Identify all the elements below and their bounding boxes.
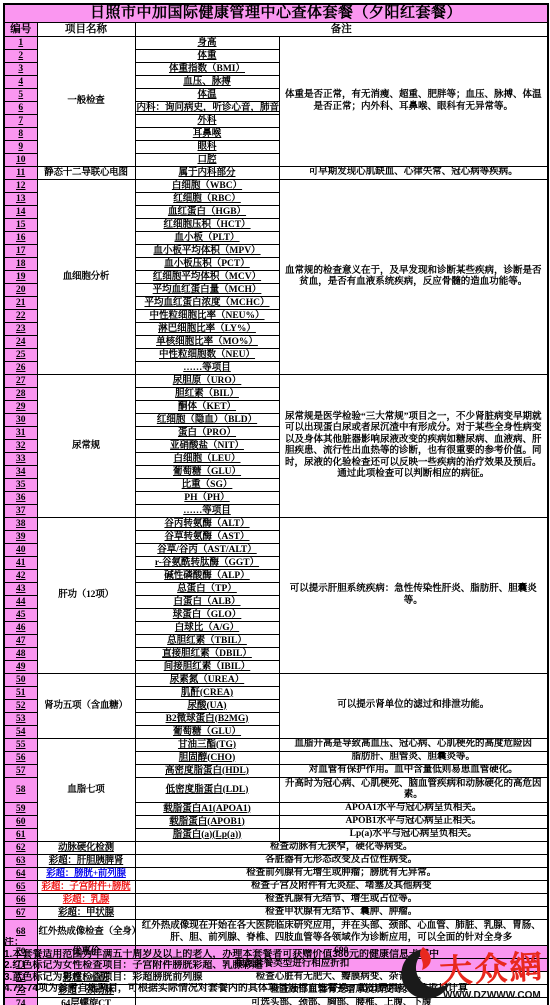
row-5-number: 5 [4,89,37,102]
row-11-category: 静态十二导联心电图 [37,167,135,180]
row-52-item-name: 尿酸(UA) [135,700,279,713]
row-42-item-name: 碱性磷酸酶（ALP） [135,570,279,583]
row-36-item-name: PH（PH） [135,492,279,505]
row-41-number: 41 [4,557,37,570]
table-row: 66彩超：乳腺检查乳腺有无结节、增生或占位等。 [4,894,548,907]
row-55-item-name: 甘油三酯(TG) [135,739,279,752]
table-body: 1一般检查身高体重是否正常，有无消瘦、超重、肥胖等；血压、脉搏、体温是否正常；内… [4,37,548,1005]
row-54-number: 54 [4,726,37,739]
row-53-item-name: B2微球蛋白(B2MG) [135,713,279,726]
row-61-number: 61 [4,829,37,842]
row-54-item-name: 葡萄糖（GLU） [135,726,279,739]
row-45-item-name: 球蛋白（GLO） [135,609,279,622]
row-50-item-name: 尿素氮（UREA） [135,674,279,687]
table-row: 67彩超：甲状腺检查甲状腺有无结节、囊肿、肿瘤。 [4,907,548,920]
row-74-number: 74 [4,998,37,1005]
row-48-number: 48 [4,648,37,661]
row-36-number: 36 [4,492,37,505]
row-51-number: 51 [4,687,37,700]
logo-text: 大众網 [438,949,545,991]
row-26-item-name: ……等项目 [135,362,279,375]
row-12-category: 血细胞分析 [37,180,135,375]
table-row: 65彩超：子宫附件+膀胱检查子宫及附件有无炎症、堵塞及其他病变 [4,881,548,894]
row-64-item-name: 彩超：膀胱+前列腺 [37,868,135,881]
row-66-item-name: 彩超：乳腺 [37,894,135,907]
row-10-item-name: 口腔 [135,154,279,167]
row-50-category: 肾功五项（含血糖） [37,674,135,739]
row-38-category: 肝功（12项） [37,518,135,674]
row-1-item-name: 身高 [135,37,279,50]
row-8-number: 8 [4,128,37,141]
row-21-item-name: 平均血红蛋白浓度（MCHC） [135,297,279,310]
row-58-remark: 升高时为冠心病、心肌梗死、脑血管疾病和动脉硬化的高危因素。 [279,778,548,803]
row-19-number: 19 [4,271,37,284]
row-38-remark: 可以提示肝胆系统疾病：急性传染性肝炎、脂肪肝、胆囊炎等。 [279,518,548,674]
row-3-number: 3 [4,63,37,76]
row-34-item-name: 葡萄糖（GLU） [135,466,279,479]
row-35-item-name: 比重（SG） [135,479,279,492]
row-24-item-name: 单核细胞比率（MO%） [135,336,279,349]
row-4-item-name: 血压、脉搏 [135,76,279,89]
row-15-number: 15 [4,219,37,232]
row-66-number: 66 [4,894,37,907]
table-row: 1一般检查身高体重是否正常，有无消瘦、超重、肥胖等；血压、脉搏、体温是否正常；内… [4,37,548,50]
row-14-number: 14 [4,206,37,219]
column-header-number: 编号 [4,23,37,37]
row-32-number: 32 [4,440,37,453]
row-47-number: 47 [4,635,37,648]
row-51-item-name: 肌酐(CREA) [135,687,279,700]
row-56-number: 56 [4,752,37,765]
row-50-remark: 可以提示肾单位的滤过和排泄功能。 [279,674,548,739]
row-66-remark: 检查乳腺有无结节、增生或占位等。 [135,894,548,907]
row-61-item-name: 脂蛋白(a)(Lp(a)) [135,829,279,842]
table-row: 55血脂七项甘油三酯(TG)血脂升高是导致高血压、冠心病、心肌梗死的高度危险因 [4,739,548,752]
row-49-item-name: 间接胆红素（IBIL） [135,661,279,674]
column-header-remark: 备注 [135,23,548,37]
row-23-number: 23 [4,323,37,336]
row-45-number: 45 [4,609,37,622]
row-7-number: 7 [4,115,37,128]
row-39-number: 39 [4,531,37,544]
row-32-item-name: 亚硝酸盐（NIT） [135,440,279,453]
row-8-item-name: 耳鼻喉 [135,128,279,141]
row-48-item-name: 直接胆红素（DBIL） [135,648,279,661]
row-2-number: 2 [4,50,37,63]
row-52-number: 52 [4,700,37,713]
row-11-remark: 可早期发现心肌缺血、心律失常、冠心病等疾病。 [279,167,548,180]
table-row: 62动脉硬化检测检查动脉有无狭窄，硬化等病变。 [4,842,548,855]
row-4-number: 4 [4,76,37,89]
row-41-item-name: r-谷氨酰转肽酶（GGT） [135,557,279,570]
row-61-remark: Lp(a)水平与冠心病呈负相关。 [279,829,548,842]
row-33-item-name: 白细胞（LEU） [135,453,279,466]
row-27-item-name: 尿胆原（URO） [135,375,279,388]
row-12-remark: 血常规的检查意义在于，及早发现和诊断某些疾病，诊断是否贫血，是否有血液系统疾病，… [279,180,548,375]
row-74-item-name: 64层螺旋CT [37,998,135,1005]
row-9-number: 9 [4,141,37,154]
row-40-item-name: 谷草/谷丙（AST/ALT） [135,544,279,557]
row-9-item-name: 眼科 [135,141,279,154]
row-50-number: 50 [4,674,37,687]
row-46-number: 46 [4,622,37,635]
row-25-number: 25 [4,349,37,362]
table-row: 64彩超：膀胱+前列腺检查前列腺有无增生或肿瘤；膀胱有无异常。 [4,868,548,881]
row-20-item-name: 平均血红蛋白量（MCH） [135,284,279,297]
table-row: 11静态十二导联心电图属于内科部分可早期发现心肌缺血、心律失常、冠心病等疾病。 [4,167,548,180]
row-67-number: 67 [4,907,37,920]
row-59-number: 59 [4,803,37,816]
row-11-item-name: 属于内科部分 [135,167,279,180]
row-10-number: 10 [4,154,37,167]
row-49-number: 49 [4,661,37,674]
row-28-item-name: 胆红素（BIL） [135,388,279,401]
row-19-item-name: 红细胞平均体积（MCV） [135,271,279,284]
table-row: 27尿常规尿胆原（URO）尿常规是医学检验“三大常规”项目之一，不少肾脏病变早期… [4,375,548,388]
row-65-remark: 检查子宫及附件有无炎症、堵塞及其他病变 [135,881,548,894]
row-64-remark: 检查前列腺有无增生或肿瘤；膀胱有无异常。 [135,868,548,881]
spreadsheet-sheet: 日照市中加国际健康管理中心查体套餐（夕阳红套餐） 编号 项目名称 备注 1一般检… [3,3,547,1005]
row-43-item-name: 总蛋白（TP） [135,583,279,596]
row-18-number: 18 [4,258,37,271]
row-16-number: 16 [4,232,37,245]
row-56-item-name: 胆固醇(CHO) [135,752,279,765]
logo-url: WWW.DZWWW.COM [443,990,541,1001]
row-55-remark: 血脂升高是导致高血压、冠心病、心肌梗死的高度危险因 [279,739,548,752]
row-17-number: 17 [4,245,37,258]
row-22-number: 22 [4,310,37,323]
row-44-item-name: 白蛋白（ALB） [135,596,279,609]
row-57-number: 57 [4,765,37,778]
row-29-number: 29 [4,401,37,414]
row-37-number: 37 [4,505,37,518]
row-35-number: 35 [4,479,37,492]
row-31-item-name: 蛋白（PRO） [135,427,279,440]
row-56-remark: 脂肪肝、胆管炎、胆囊炎等。 [279,752,548,765]
row-60-number: 60 [4,816,37,829]
table-row: 12血细胞分析白细胞（WBC）血常规的检查意义在于，及早发现和诊断某些疾病，诊断… [4,180,548,193]
row-58-number: 58 [4,778,37,803]
row-21-number: 21 [4,297,37,310]
row-3-item-name: 体重指数（BMI） [135,63,279,76]
row-13-item-name: 红细胞（RBC） [135,193,279,206]
table-row: 38肝功（12项）谷丙转氨酶（ALT）可以提示肝胆系统疾病：急性传染性肝炎、脂肪… [4,518,548,531]
page-title: 日照市中加国际健康管理中心查体套餐（夕阳红套餐） [4,4,548,23]
row-23-item-name: 淋巴细胞比率（LY%） [135,323,279,336]
row-26-number: 26 [4,362,37,375]
row-33-number: 33 [4,453,37,466]
row-16-item-name: 血小板（PLT） [135,232,279,245]
row-64-number: 64 [4,868,37,881]
row-15-item-name: 红细胞压积（HCT） [135,219,279,232]
row-27-category: 尿常规 [37,375,135,518]
row-7-item-name: 外科 [135,115,279,128]
row-59-remark: APOA1水平与冠心病呈负相关。 [279,803,548,816]
row-67-remark: 检查甲状腺有无结节、囊肿、肿瘤。 [135,907,548,920]
row-25-item-name: 中性粒细胞数（NEU） [135,349,279,362]
dzwww-logo-graphic: 大众網 WWW.DZWWW.COM [396,946,548,1003]
row-43-number: 43 [4,583,37,596]
column-header-item-name: 项目名称 [37,23,135,37]
row-55-number: 55 [4,739,37,752]
row-2-item-name: 体重 [135,50,279,63]
row-37-item-name: ……等项目 [135,505,279,518]
row-38-number: 38 [4,518,37,531]
row-42-number: 42 [4,570,37,583]
row-14-item-name: 血红蛋白（HGB） [135,206,279,219]
row-17-item-name: 血小板平均体积（MPV） [135,245,279,258]
row-60-remark: APOB1水平与冠心病呈正相关。 [279,816,548,829]
row-12-item-name: 白细胞（WBC） [135,180,279,193]
row-44-number: 44 [4,596,37,609]
row-1-category: 一般检查 [37,37,135,167]
row-38-item-name: 谷丙转氨酶（ALT） [135,518,279,531]
row-22-item-name: 中性粒细胞比率（NEU%） [135,310,279,323]
row-57-item-name: 高密度脂蛋白(HDL) [135,765,279,778]
row-47-item-name: 总胆红素（TBIL） [135,635,279,648]
row-5-item-name: 体温 [135,89,279,102]
row-30-number: 30 [4,414,37,427]
row-63-number: 63 [4,855,37,868]
row-1-remark: 体重是否正常，有无消瘦、超重、肥胖等；血压、脉搏、体温是否正常；内外科、耳鼻喉、… [279,37,548,167]
row-67-item-name: 彩超：甲状腺 [37,907,135,920]
row-40-number: 40 [4,544,37,557]
row-62-item-name: 动脉硬化检测 [37,842,135,855]
row-18-item-name: 血小板压积（PCT） [135,258,279,271]
package-table: 日照市中加国际健康管理中心查体套餐（夕阳红套餐） 编号 项目名称 备注 1一般检… [3,3,549,1005]
row-63-item-name: 彩超：肝胆胰脾肾 [37,855,135,868]
page: { "title": "日照市中加国际健康管理中心查体套餐（夕阳红套餐）", "… [0,0,550,1005]
row-24-number: 24 [4,336,37,349]
row-31-number: 31 [4,427,37,440]
row-1-number: 1 [4,37,37,50]
row-6-number: 6 [4,102,37,115]
table-row: 50肾功五项（含血糖）尿素氮（UREA）可以提示肾单位的滤过和排泄功能。 [4,674,548,687]
row-28-number: 28 [4,388,37,401]
row-63-remark: 各脏器有无形态改变及占位性病变。 [135,855,548,868]
row-6-item-name: 内科：询问病史，听诊心音，肺音 [135,102,279,115]
row-34-number: 34 [4,466,37,479]
row-65-number: 65 [4,881,37,894]
dzwww-logo: 大众網 WWW.DZWWW.COM [396,946,548,1003]
row-55-category: 血脂七项 [37,739,135,842]
row-30-item-name: 红细胞（隐血）（BLD） [135,414,279,427]
row-27-number: 27 [4,375,37,388]
row-20-number: 20 [4,284,37,297]
row-53-number: 53 [4,713,37,726]
row-58-item-name: 低密度脂蛋白(LDL) [135,778,279,803]
row-27-remark: 尿常规是医学检验“三大常规”项目之一，不少肾脏病变早期就可以出现蛋白尿或者尿沉渣… [279,375,548,518]
row-62-number: 62 [4,842,37,855]
row-60-item-name: 载脂蛋白(APOB1) [135,816,279,829]
row-62-remark: 检查动脉有无狭窄，硬化等病变。 [135,842,548,855]
row-29-item-name: 酮体（KET） [135,401,279,414]
table-row: 63彩超：肝胆胰脾肾各脏器有无形态改变及占位性病变。 [4,855,548,868]
row-39-item-name: 谷草转氨酶（AST） [135,531,279,544]
row-11-number: 11 [4,167,37,180]
row-57-remark: 对血管有保护作用。血中含量低则易患血管硬化。 [279,765,548,778]
row-13-number: 13 [4,193,37,206]
row-65-item-name: 彩超：子宫附件+膀胱 [37,881,135,894]
logo-flame-icon [420,947,431,970]
row-59-item-name: 载脂蛋白A1(APOA1) [135,803,279,816]
row-46-item-name: 白球比（A/G） [135,622,279,635]
row-12-number: 12 [4,180,37,193]
